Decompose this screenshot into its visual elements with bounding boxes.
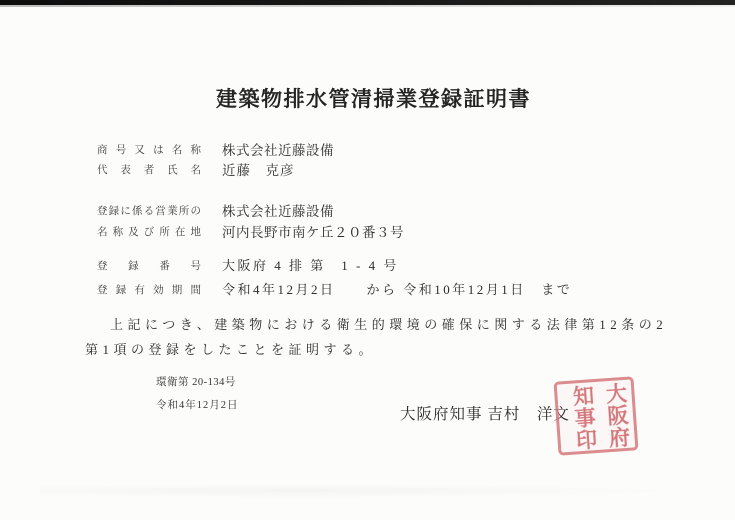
field-value-representative: 近藤 克彦 <box>222 159 295 179</box>
scan-smudge-artifact <box>40 484 690 498</box>
field-row-trade-name: 商号又は名称 株式会社近藤設備 <box>0 139 735 159</box>
official-seal-text: 大阪府知事印 <box>557 380 636 453</box>
certification-statement-line1: 上記につき、建築物における衛生的環境の確保に関する法律第12条の2 <box>110 314 667 333</box>
certificate-document: 建築物排水管清掃業登録証明書 商号又は名称 株式会社近藤設備 代表者氏名 近藤 … <box>0 0 735 520</box>
field-value-registration-number: 大阪府 4 排 第 1 - 4 号 <box>222 255 399 274</box>
field-value-trade-name: 株式会社近藤設備 <box>222 139 334 159</box>
field-row-registration-number: 登録番号 大阪府 4 排 第 1 - 4 号 <box>0 255 735 275</box>
field-value-office-name: 株式会社近藤設備 <box>222 200 334 220</box>
official-seal: 大阪府知事印 <box>554 376 639 455</box>
field-row-office-registration: 登録に係る営業所の 株式会社近藤設備 <box>0 200 735 220</box>
governor-signature: 大阪府知事 吉村 洋文 <box>400 402 570 424</box>
field-label-validity-period: 登録有効期間 <box>97 282 201 297</box>
field-value-office-address: 河内長野市南ケ丘２０番３号 <box>222 221 404 241</box>
certification-statement-line2: 第1項の登録をしたことを証明する。 <box>85 339 376 358</box>
field-label-office-address: 名称及び所在地 <box>97 224 201 239</box>
field-row-validity-period: 登録有効期間 令和4年12月2日 から 令和10年12月1日 まで <box>0 279 735 299</box>
document-title: 建築物排水管清掃業登録証明書 <box>0 83 735 113</box>
field-label-registration-number: 登録番号 <box>97 258 201 273</box>
field-label-trade-name: 商号又は名称 <box>97 142 201 157</box>
reference-number: 環衛第 20-134号 <box>156 374 236 389</box>
field-label-office-registration: 登録に係る営業所の <box>97 203 201 218</box>
issue-date: 令和4年12月2日 <box>156 397 239 412</box>
scan-edge-artifact <box>0 0 735 5</box>
field-row-representative: 代表者氏名 近藤 克彦 <box>0 159 735 179</box>
field-value-validity-period: 令和4年12月2日 から 令和10年12月1日 まで <box>222 279 572 298</box>
field-label-representative: 代表者氏名 <box>97 162 201 177</box>
field-row-office-address: 名称及び所在地 河内長野市南ケ丘２０番３号 <box>0 221 735 241</box>
